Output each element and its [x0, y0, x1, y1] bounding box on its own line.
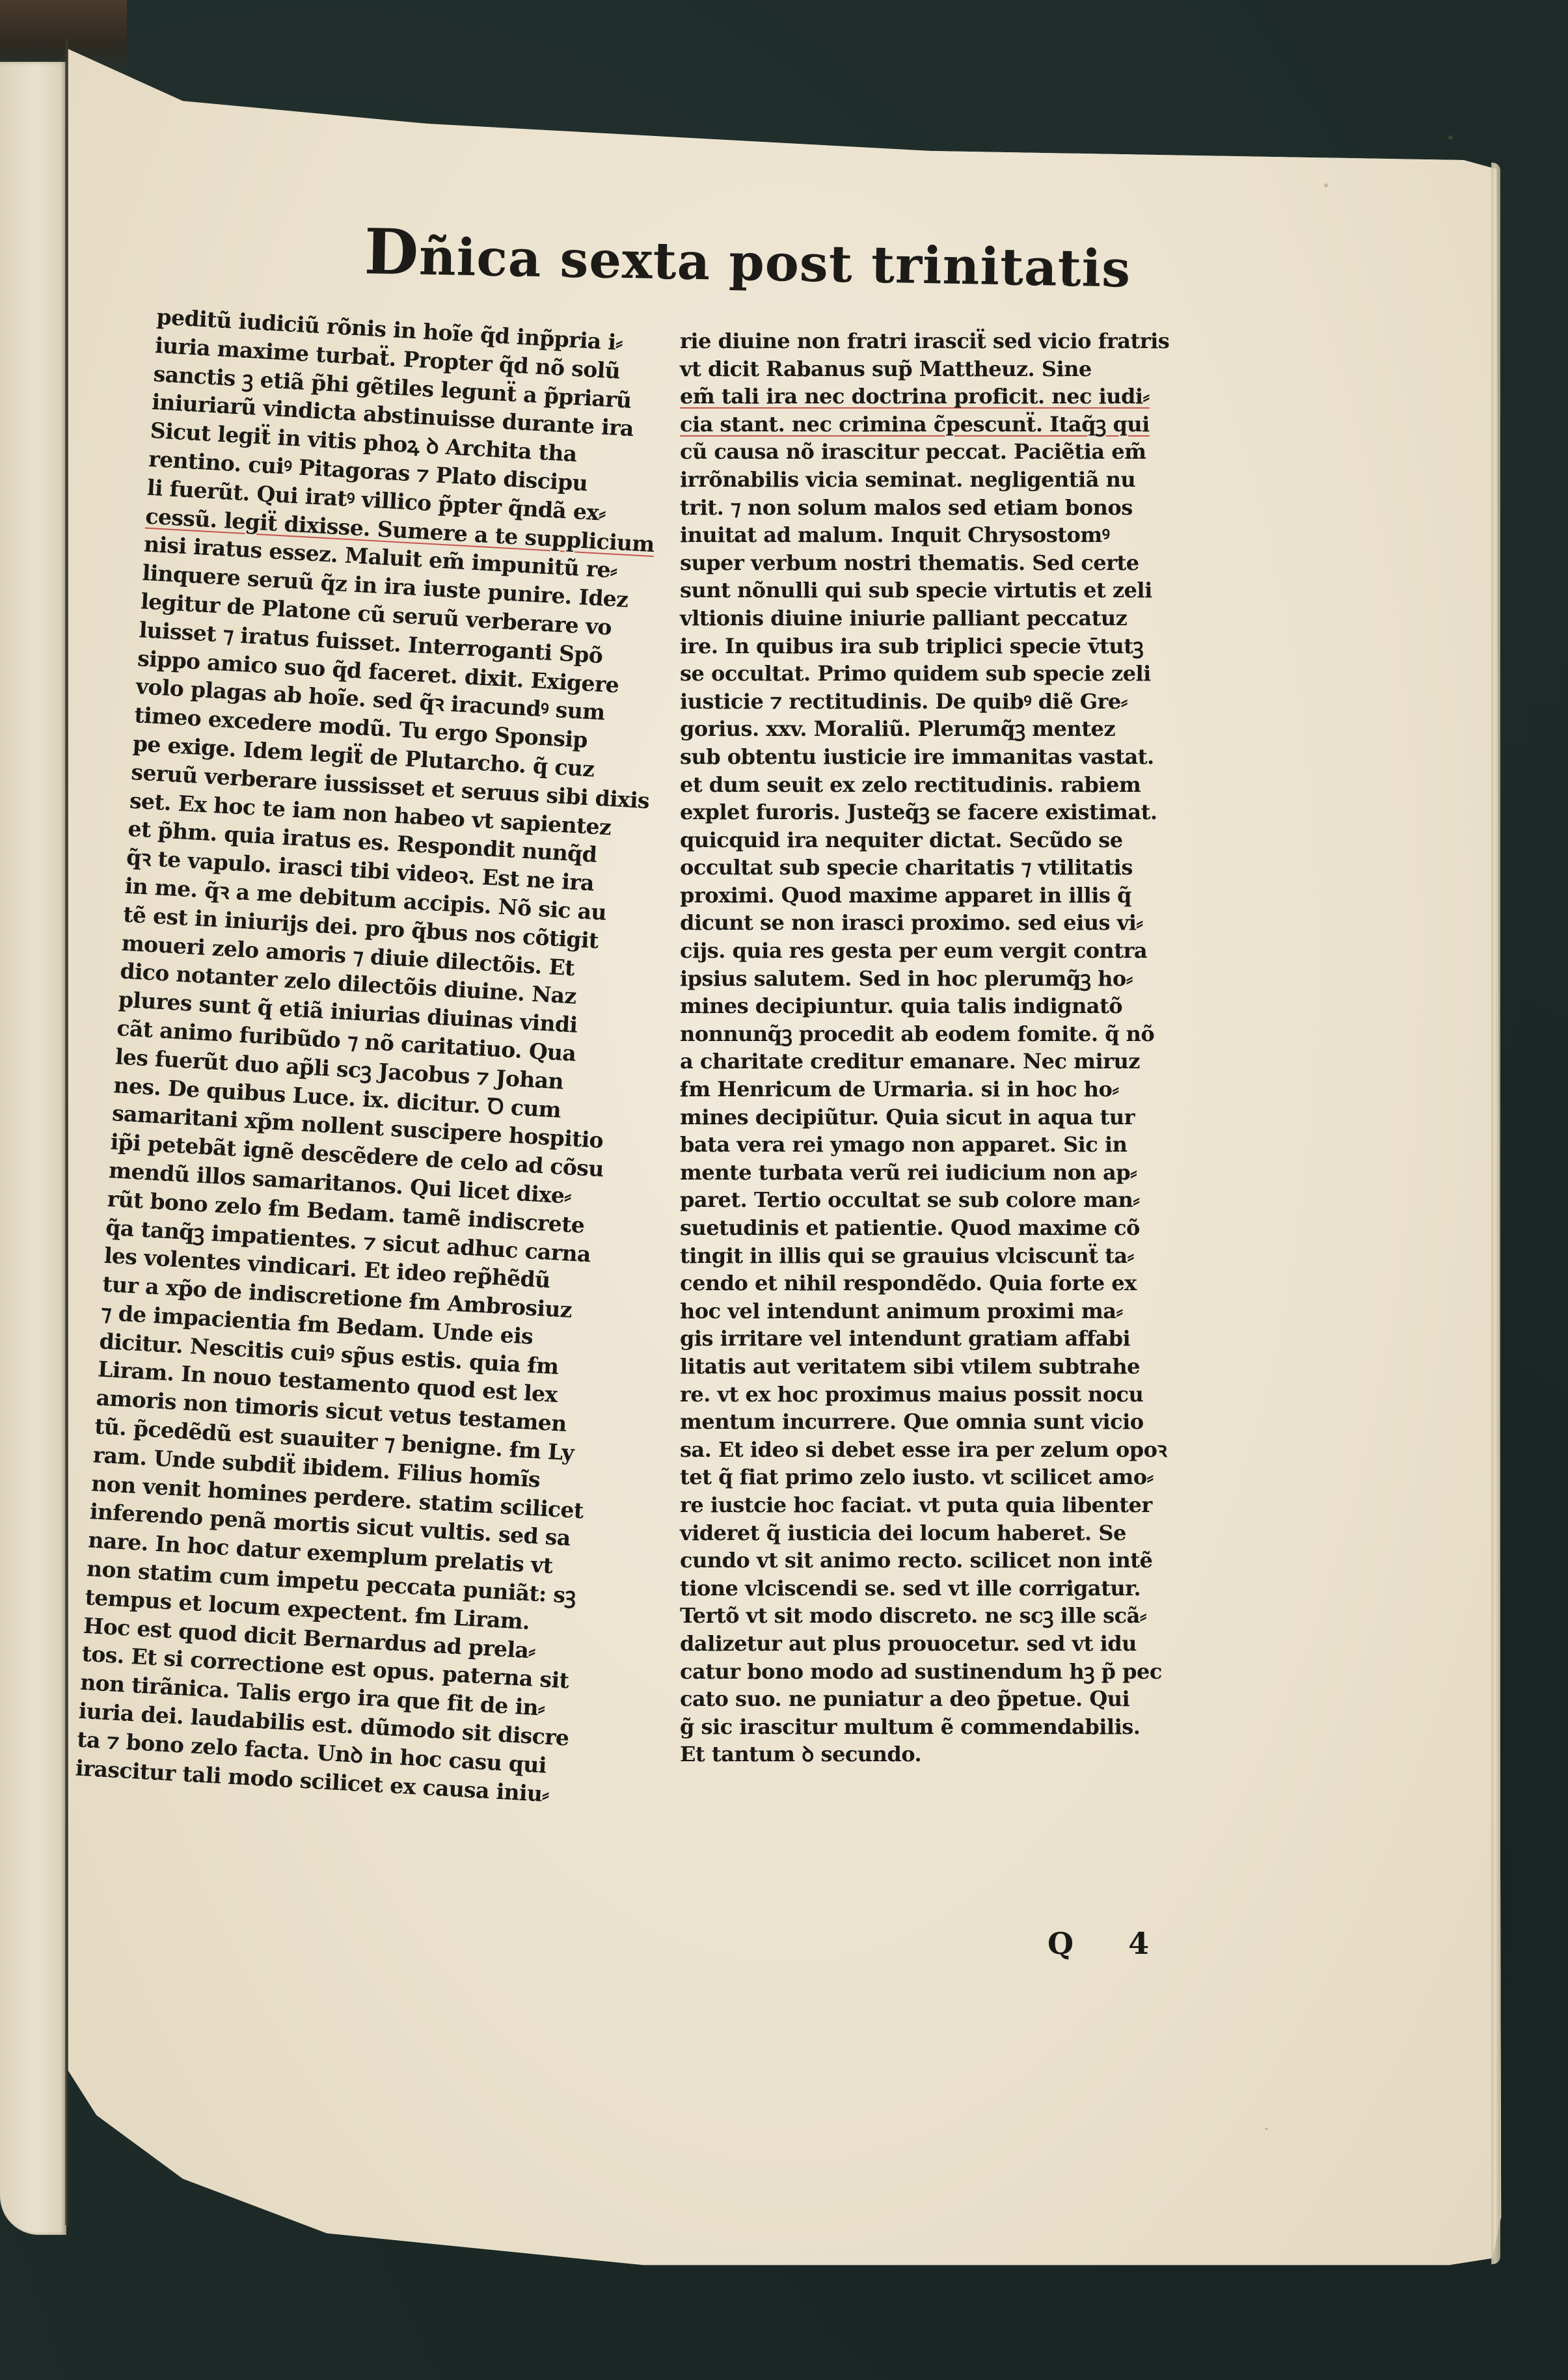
binding-corner [0, 0, 127, 72]
text-line: tet q̃ fiat primo zelo iusto. vt scilice… [680, 1463, 1169, 1491]
text-line: dicunt se non irasci proximo. sed eius v… [680, 909, 1169, 937]
text-line: re. vt ex hoc proximus maius possit nocu [680, 1381, 1169, 1409]
running-head-text: ñica sexta post trinitatis [418, 227, 1131, 299]
running-head-initial: D [364, 215, 420, 289]
text-line: se occultat. Primo quidem sub specie zel… [680, 660, 1169, 688]
text-line: re iustcie hoc faciat. vt puta quia libe… [680, 1491, 1169, 1519]
text-line: Tertõ vt sit modo discreto. ne scꝫ ille … [680, 1602, 1169, 1630]
text-line: irrõnabilis vicia seminat. negligentiã n… [680, 466, 1169, 494]
text-line: paret. Tertio occultat se sub colore man… [680, 1186, 1169, 1214]
running-head: Dñica sexta post trinitatis [364, 215, 1131, 302]
text-line: vltionis diuine iniurie palliant peccatu… [680, 604, 1169, 632]
text-line: trit. ⁊ non solum malos sed etiam bonos [680, 494, 1169, 522]
text-line: sa. Et ideo si debet esse ira per zelum … [680, 1436, 1169, 1464]
text-line: catur bono modo ad sustinendum hꝫ p̃ pec [680, 1658, 1169, 1686]
foxing-spot [1324, 183, 1328, 187]
left-text-column: peditũ iudiciũ rõnis in hoĩe q̃d inp̃pri… [75, 303, 675, 1811]
text-line: tingit in illis qui se grauius vlciscunẗ… [680, 1242, 1169, 1270]
text-line: ẜm Henricum de Urmaria. si in hoc ho⸗ [680, 1075, 1169, 1103]
previous-page-edge [0, 62, 66, 2235]
text-line: ire. In quibus ira sub triplici specie v… [680, 632, 1169, 660]
text-line: proximi. Quod maxime apparet in illis q̃ [680, 882, 1169, 910]
text-line: gis irritare vel intendunt gratiam affab… [680, 1325, 1169, 1353]
text-line: tione vlciscendi se. sed vt ille corriga… [680, 1575, 1169, 1602]
text-line: iusticie ⁊ rectitudinis. De quibꝰ diẽ Gr… [680, 688, 1169, 716]
text-line: nonnunq̃ꝫ procedit ab eodem fomite. q̃ n… [680, 1020, 1169, 1048]
text-line: videret q̃ iusticia dei locum haberet. S… [680, 1519, 1169, 1547]
gutter-fold [65, 39, 68, 2225]
text-line: sunt nõnulli qui sub specie virtutis et … [680, 576, 1169, 604]
text-line: dalizetur aut plus prouocetur. sed vt id… [680, 1630, 1169, 1658]
text-line: cato suo. ne puniatur a deo p̃petue. Qui [680, 1685, 1169, 1713]
text-line: rie diuine non fratri irasciẗ sed vicio … [680, 327, 1169, 355]
text-line: em̃ tali ira nec doctrina proficit. nec … [680, 383, 1169, 411]
right-text-column: rie diuine non fratri irasciẗ sed vicio … [680, 327, 1169, 1768]
text-line: vt dicit Rabanus sup̃ Mattheuz. Sine [680, 355, 1169, 383]
text-line: hoc vel intendunt animum proximi ma⸗ [680, 1297, 1169, 1325]
text-line: cendo et nihil respondẽdo. Quia forte ex [680, 1269, 1169, 1297]
text-line: cundo vt sit animo recto. scilicet non i… [680, 1547, 1169, 1575]
text-line: inuitat ad malum. Inquit Chrysostomꝰ [680, 521, 1169, 549]
text-line: mente turbata verũ rei iudicium non ap⸗ [680, 1159, 1169, 1187]
signature-mark: Q 4 [1048, 1926, 1171, 1961]
text-line: g̃ sic irascitur multum ẽ commendabilis. [680, 1713, 1169, 1741]
text-line: sub obtentu iusticie ire immanitas vasta… [680, 743, 1169, 771]
text-line: litatis aut veritatem sibi vtilem subtra… [680, 1353, 1169, 1381]
text-line: et dum seuit ex zelo rectitudinis. rabie… [680, 771, 1169, 799]
text-line: mentum incurrere. Que omnia sunt vicio [680, 1408, 1169, 1436]
foxing-spot [1265, 2128, 1268, 2130]
text-line: bata vera rei ymago non apparet. Sic in [680, 1131, 1169, 1159]
text-line: quicquid ira nequiter dictat. Secũdo se [680, 826, 1169, 854]
text-line: explet furoris. Justeq̃ꝫ se facere exist… [680, 798, 1169, 826]
text-line: ipsius salutem. Sed in hoc plerumq̃ꝫ ho⸗ [680, 965, 1169, 993]
text-line: super verbum nostri thematis. Sed certe [680, 549, 1169, 577]
text-line: occultat sub specie charitatis ⁊ vtilita… [680, 854, 1169, 882]
text-line: mines decipiũtur. Quia sicut in aqua tur [680, 1103, 1169, 1131]
text-line: Et tantum ꝺ secundo. [680, 1740, 1169, 1768]
foxing-spot [1448, 135, 1453, 140]
text-line: suetudinis et patientie. Quod maxime cõ [680, 1214, 1169, 1242]
page-fore-edge [1491, 163, 1500, 2264]
head-marks: · · [1062, 273, 1100, 296]
text-line: cijs. quia res gesta per eum vergit cont… [680, 937, 1169, 965]
text-line: cũ causa nõ irascitur peccat. Paciẽtia e… [680, 438, 1169, 466]
text-line: gorius. xxv. Moraliũ. Plerumq̃ꝫ mentez [680, 715, 1169, 743]
text-line: mines decipiuntur. quia talis indignatõ [680, 992, 1169, 1020]
text-line: cia stant. nec crimina c̃pescunẗ. Itaq̃ꝫ… [680, 411, 1169, 439]
text-line: a charitate creditur emanare. Nec miruz [680, 1048, 1169, 1075]
